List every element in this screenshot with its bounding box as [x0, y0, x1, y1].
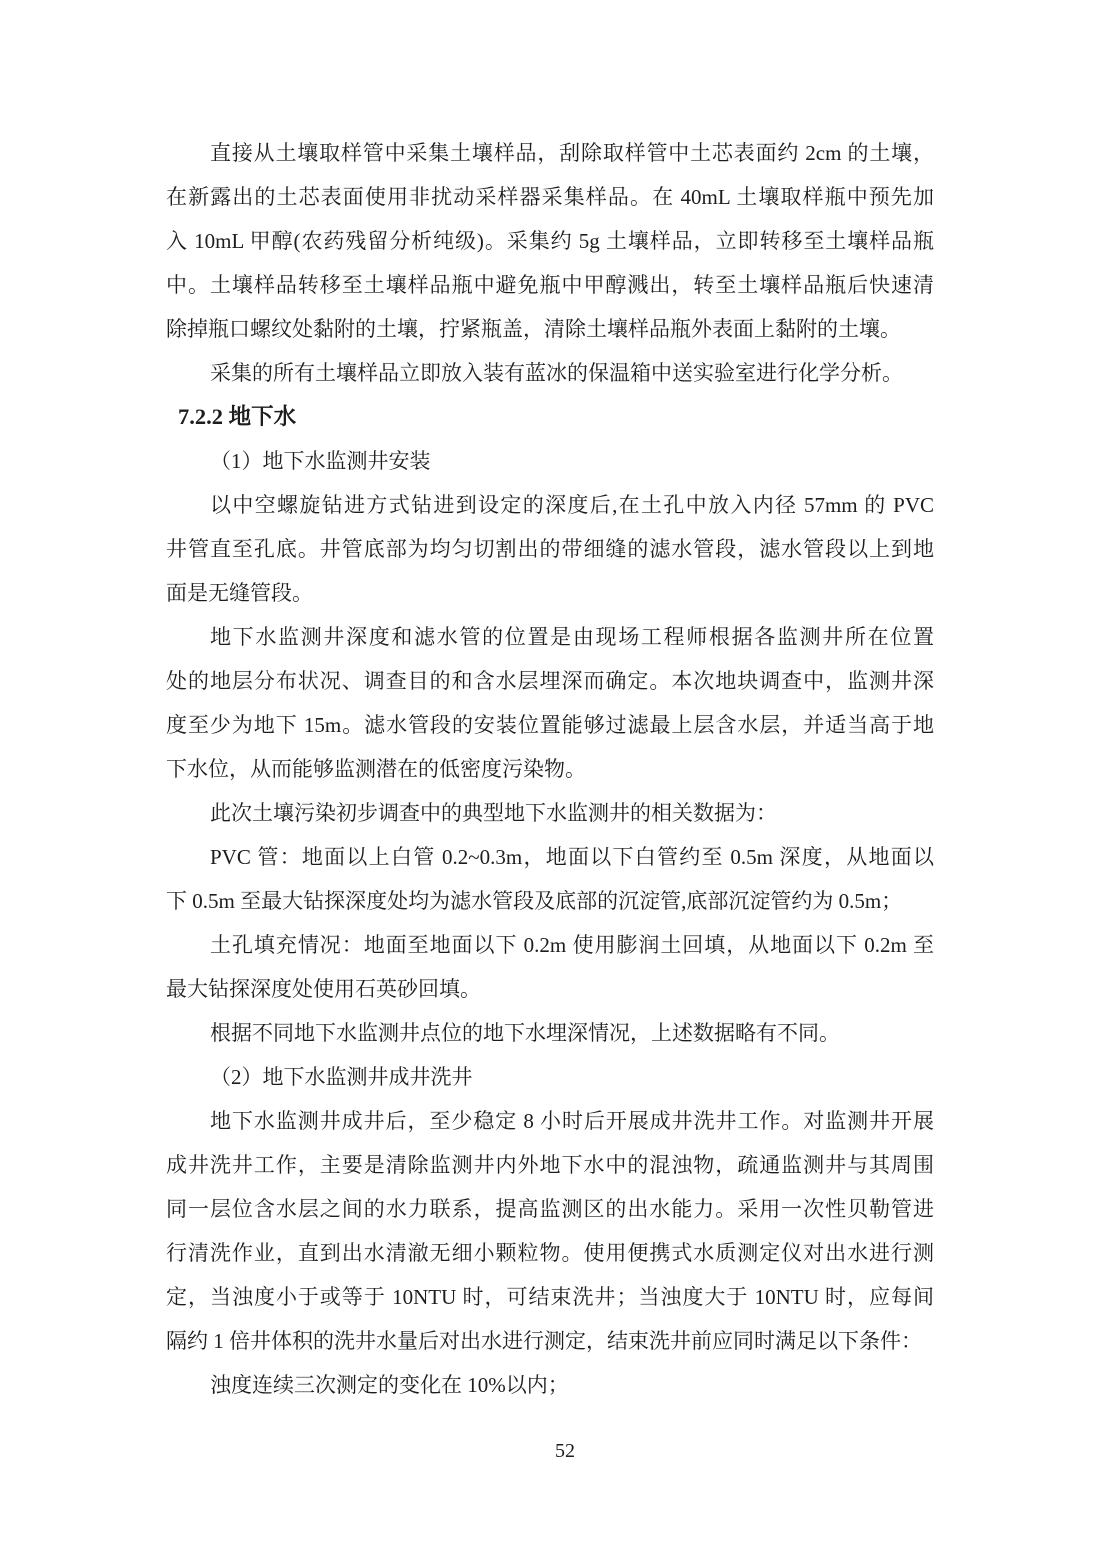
text-line: （2）地下水监测井成井洗井 — [166, 1055, 934, 1099]
paragraph: 土孔填充情况：地面至地面以下 0.2m 使用膨润土回填，从地面以下 0.2m 至… — [166, 923, 934, 1011]
paragraph: 浊度连续三次测定的变化在 10%以内； — [166, 1363, 934, 1407]
text-line: 此次土壤污染初步调查中的典型地下水监测井的相关数据为： — [166, 791, 934, 835]
text-line: 直接从土壤取样管中采集土壤样品，刮除取样管中土芯表面约 2cm 的土壤， — [166, 131, 934, 175]
text-line: 以中空螺旋钻进方式钻进到设定的深度后,在土孔中放入内径 57mm 的 PVC — [166, 483, 934, 527]
paragraph: （2）地下水监测井成井洗井 — [166, 1055, 934, 1099]
text-line: 中。土壤样品转移至土壤样品瓶中避免瓶中甲醇溅出，转至土壤样品瓶后快速清 — [166, 263, 934, 307]
text-line: 地下水监测井成井后，至少稳定 8 小时后开展成井洗井工作。对监测井开展 — [166, 1099, 934, 1143]
section-heading: 7.2.2 地下水 — [166, 395, 934, 439]
text-line: 采集的所有土壤样品立即放入装有蓝冰的保温箱中送实验室进行化学分析。 — [166, 351, 934, 395]
text-line: 隔约 1 倍井体积的洗井水量后对出水进行测定，结束洗井前应同时满足以下条件： — [166, 1319, 934, 1363]
text-line: 在新露出的土芯表面使用非扰动采样器采集样品。在 40mL 土壤取样瓶中预先加 — [166, 175, 934, 219]
text-line: 入 10mL 甲醇(农药残留分析纯级)。采集约 5g 土壤样品，立即转移至土壤样… — [166, 219, 934, 263]
document-body: 直接从土壤取样管中采集土壤样品，刮除取样管中土芯表面约 2cm 的土壤，在新露出… — [166, 131, 934, 1407]
paragraph: 直接从土壤取样管中采集土壤样品，刮除取样管中土芯表面约 2cm 的土壤，在新露出… — [166, 131, 934, 351]
text-line: 处的地层分布状况、调查目的和含水层埋深而确定。本次地块调查中，监测井深 — [166, 659, 934, 703]
paragraph: 根据不同地下水监测井点位的地下水埋深情况，上述数据略有不同。 — [166, 1011, 934, 1055]
text-line: 度至少为地下 15m。滤水管段的安装位置能够过滤最上层含水层，并适当高于地 — [166, 703, 934, 747]
text-line: 定，当浊度小于或等于 10NTU 时，可结束洗井；当浊度大于 10NTU 时，应… — [166, 1275, 934, 1319]
text-line: 浊度连续三次测定的变化在 10%以内； — [166, 1363, 934, 1407]
text-line: 面是无缝管段。 — [166, 571, 934, 615]
paragraph: PVC 管：地面以上白管 0.2~0.3m，地面以下白管约至 0.5m 深度，从… — [166, 835, 934, 923]
paragraph: 此次土壤污染初步调查中的典型地下水监测井的相关数据为： — [166, 791, 934, 835]
text-line: 土孔填充情况：地面至地面以下 0.2m 使用膨润土回填，从地面以下 0.2m 至 — [166, 923, 934, 967]
text-line: 地下水监测井深度和滤水管的位置是由现场工程师根据各监测井所在位置 — [166, 615, 934, 659]
text-line: 井管直至孔底。井管底部为均匀切割出的带细缝的滤水管段，滤水管段以上到地 — [166, 527, 934, 571]
text-line: 除掉瓶口螺纹处黏附的土壤，拧紧瓶盖，清除土壤样品瓶外表面上黏附的土壤。 — [166, 307, 934, 351]
text-line: 根据不同地下水监测井点位的地下水埋深情况，上述数据略有不同。 — [166, 1011, 934, 1055]
page-number: 52 — [555, 1437, 575, 1465]
text-line: 下水位，从而能够监测潜在的低密度污染物。 — [166, 747, 934, 791]
document-page: 直接从土壤取样管中采集土壤样品，刮除取样管中土芯表面约 2cm 的土壤，在新露出… — [0, 0, 1102, 1559]
paragraph: 采集的所有土壤样品立即放入装有蓝冰的保温箱中送实验室进行化学分析。 — [166, 351, 934, 395]
text-line: PVC 管：地面以上白管 0.2~0.3m，地面以下白管约至 0.5m 深度，从… — [166, 835, 934, 879]
section-heading-text: 7.2.2 地下水 — [166, 395, 934, 439]
paragraph: （1）地下水监测井安装 — [166, 439, 934, 483]
text-line: 下 0.5m 至最大钻探深度处均为滤水管段及底部的沉淀管,底部沉淀管约为 0.5… — [166, 879, 934, 923]
paragraph: 以中空螺旋钻进方式钻进到设定的深度后,在土孔中放入内径 57mm 的 PVC井管… — [166, 483, 934, 615]
paragraph: 地下水监测井深度和滤水管的位置是由现场工程师根据各监测井所在位置处的地层分布状况… — [166, 615, 934, 791]
text-line: 同一层位含水层之间的水力联系，提高监测区的出水能力。采用一次性贝勒管进 — [166, 1187, 934, 1231]
text-line: 最大钻探深度处使用石英砂回填。 — [166, 967, 934, 1011]
text-line: 行清洗作业，直到出水清澈无细小颗粒物。使用便携式水质测定仪对出水进行测 — [166, 1231, 934, 1275]
text-line: （1）地下水监测井安装 — [166, 439, 934, 483]
text-line: 成井洗井工作，主要是清除监测井内外地下水中的混浊物，疏通监测井与其周围 — [166, 1143, 934, 1187]
paragraph: 地下水监测井成井后，至少稳定 8 小时后开展成井洗井工作。对监测井开展成井洗井工… — [166, 1099, 934, 1363]
